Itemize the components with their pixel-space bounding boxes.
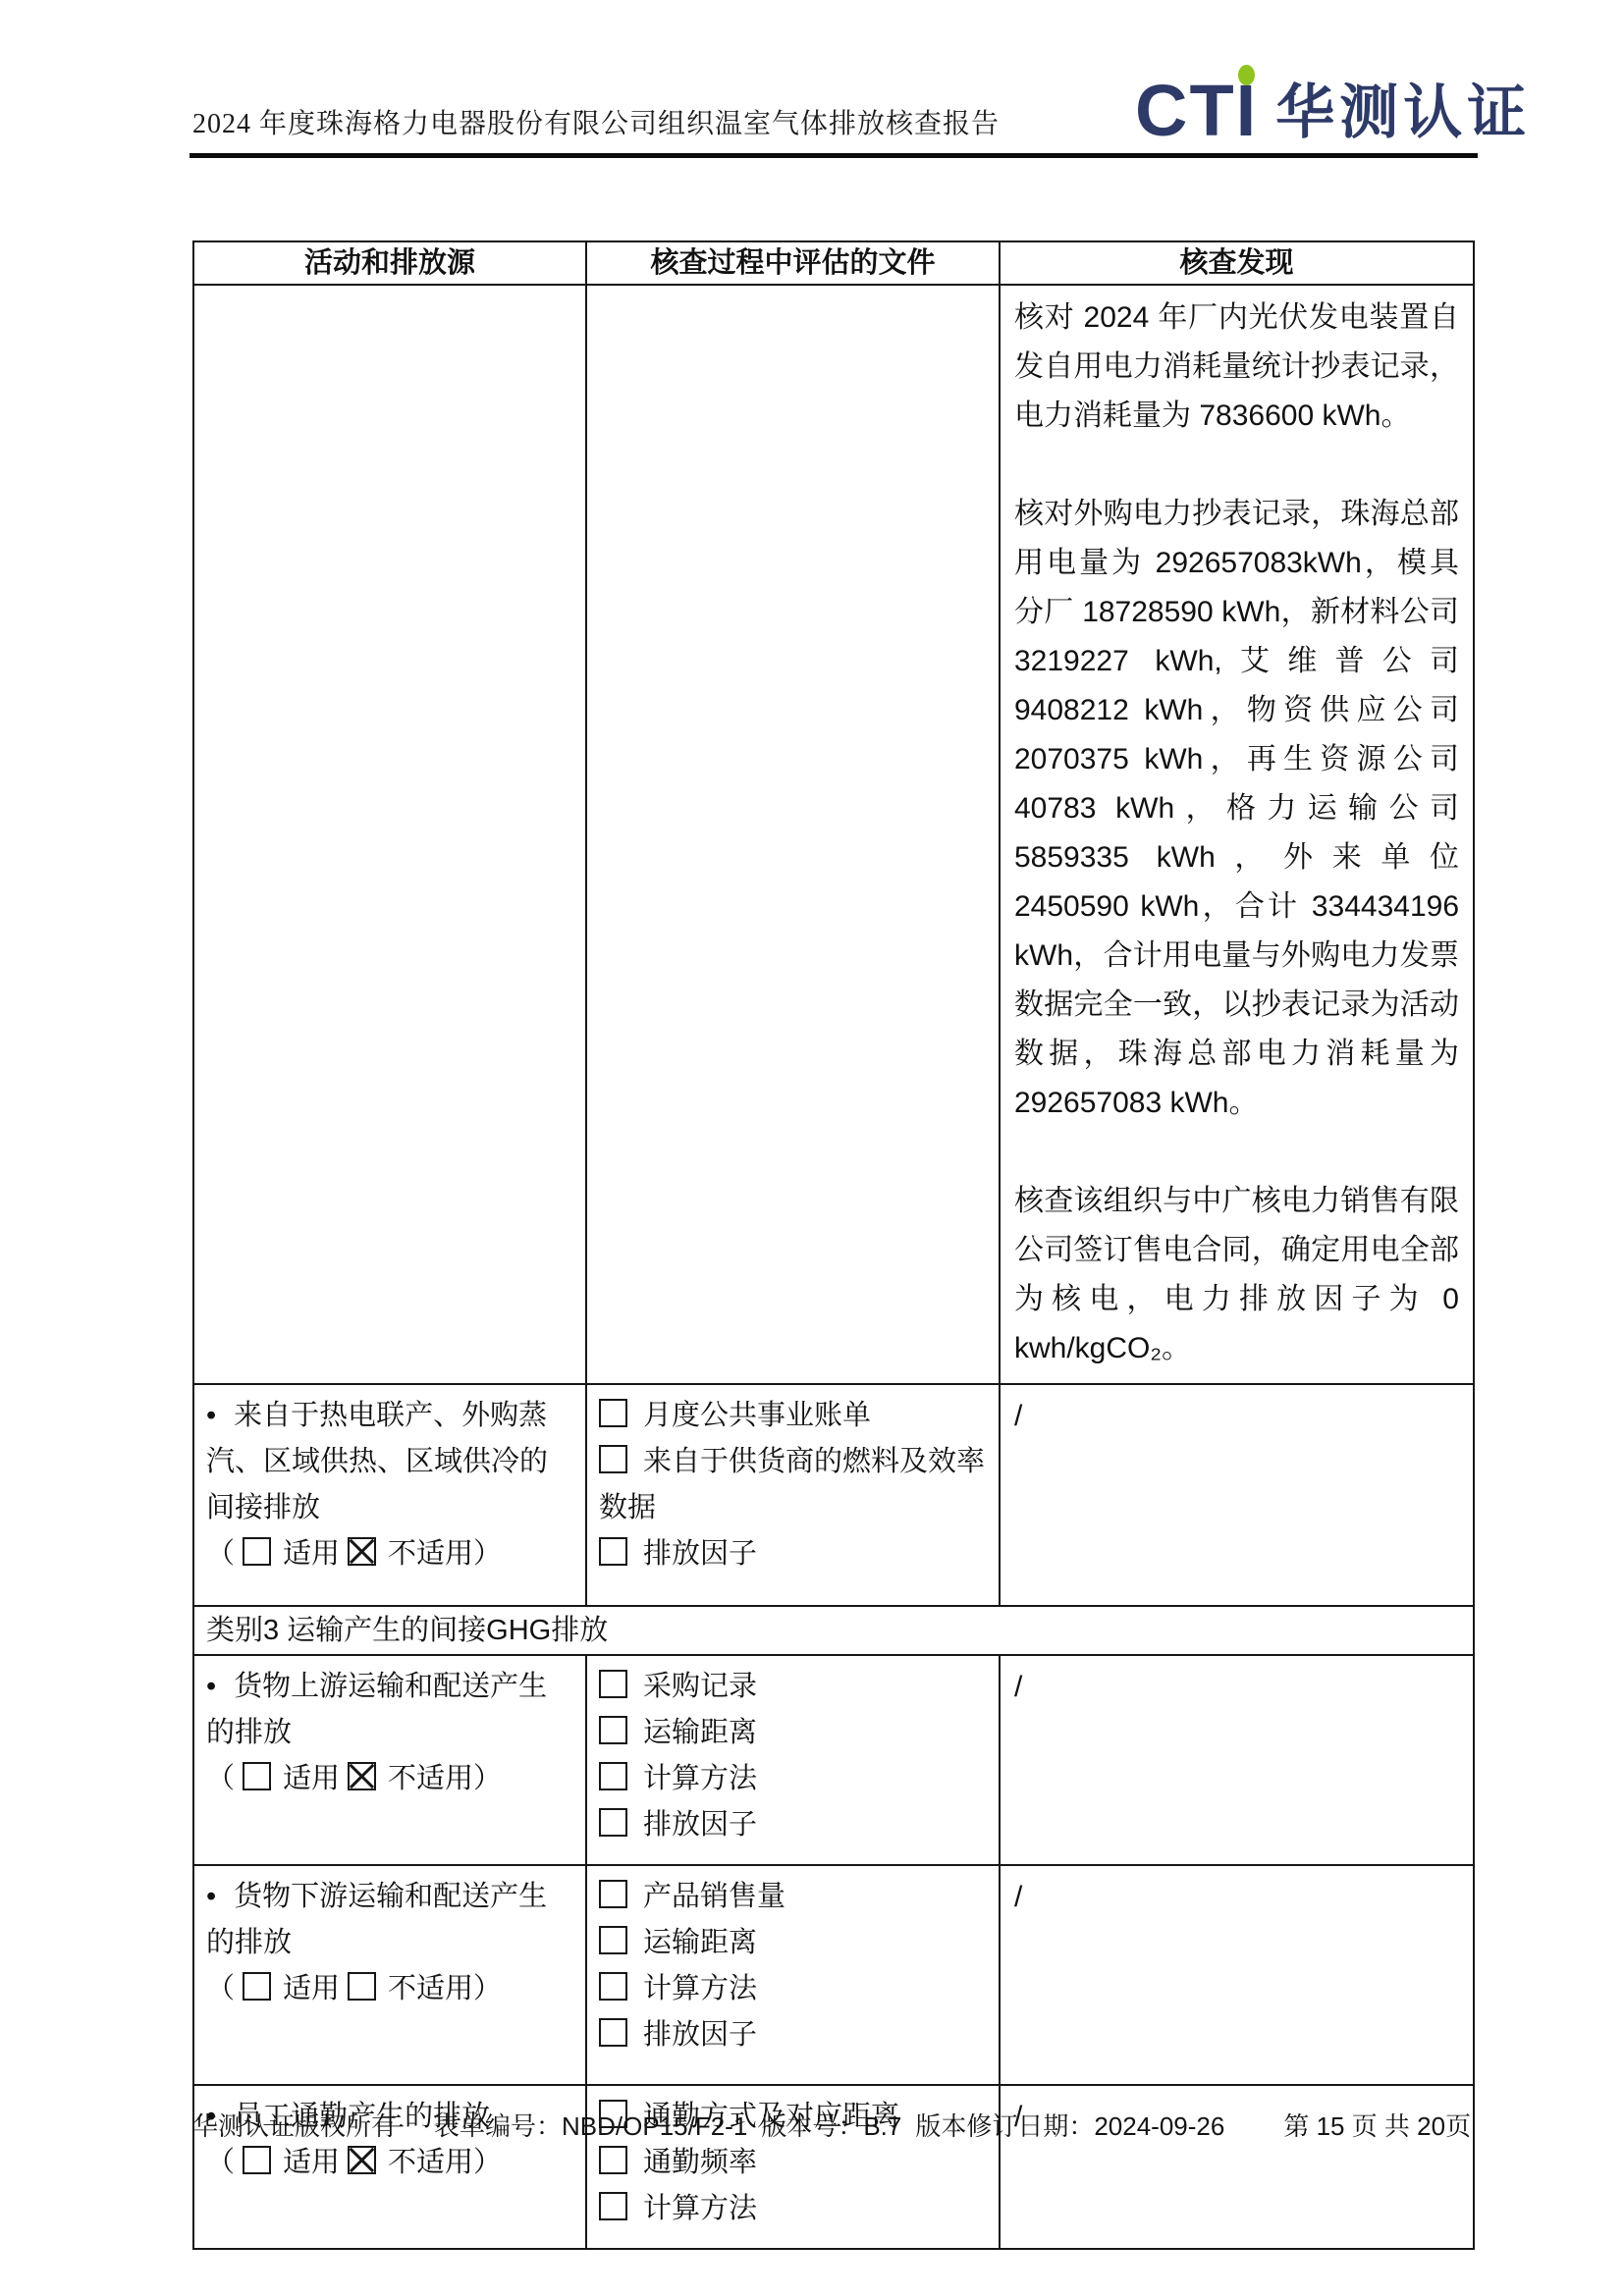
document-item: 排放因子 [599,2012,987,2058]
finding-paragraph: 核对 2024 年厂内光伏发电装置自发自用电力消耗量统计抄表记录，电力消耗量为 … [1014,294,1459,441]
findings-cell: / [1000,1384,1474,1606]
checkbox-unchecked-icon [243,1762,271,1790]
checkbox-checked-icon [348,1762,376,1790]
company-logo: CTI 华测认证 [1135,61,1531,139]
cti-logo-text: CTI [1135,61,1258,139]
applicability-line: （适用不适用） [206,2140,573,2186]
checkbox-unchecked-icon [599,2146,627,2174]
documents-cell-empty [586,285,1000,1384]
checkbox-unchecked-icon [599,1972,627,2001]
document-item: 计算方法 [599,2186,987,2232]
finding-paragraph: 核对外购电力抄表记录，珠海总部用电量为 292657083kWh，模具分厂 18… [1014,490,1459,1128]
findings-cell: / [1000,1865,1474,2085]
checkbox-unchecked-icon [599,2192,627,2220]
checkbox-unchecked-icon [599,1537,627,1566]
document-item: 排放因子 [599,1802,987,1848]
table-row: •货物上游运输和配送产生的排放 （适用不适用） 采购记录 运输距离 计算方法 排… [193,1655,1474,1865]
table-row: 核对 2024 年厂内光伏发电装置自发自用电力消耗量统计抄表记录，电力消耗量为 … [193,285,1474,1384]
document-item: 月度公共事业账单 [599,1393,987,1439]
page: 2024 年度珠海格力电器股份有限公司组织温室气体排放核查报告 CTI 华测认证… [0,0,1624,2296]
checkbox-unchecked-icon [599,1808,627,1837]
document-item: 计算方法 [599,1966,987,2012]
finding-paragraph: 核查该组织与中广核电力销售有限公司签订售电合同，确定用电全部为核电，电力排放因子… [1014,1177,1459,1373]
document-item: 通勤频率 [599,2140,987,2186]
footer-form-number: 表单编号：NBD/OP15/F2-1 [434,2111,747,2141]
document-header: 2024 年度珠海格力电器股份有限公司组织温室气体排放核查报告 CTI 华测认证 [0,0,1624,240]
activity-cell: •来自于热电联产、外购蒸汽、区域供热、区域供冷的间接排放 （适用不适用） [193,1384,586,1606]
checkbox-checked-icon [348,2146,376,2174]
checkbox-unchecked-icon [599,1926,627,1954]
document-item: 运输距离 [599,1920,987,1966]
checkbox-unchecked-icon [599,1445,627,1473]
activity-text: •来自于热电联产、外购蒸汽、区域供热、区域供冷的间接排放 [206,1393,573,1531]
document-item: 排放因子 [599,1531,987,1577]
document-item: 来自于供货商的燃料及效率数据 [599,1439,987,1531]
activity-text: •货物上游运输和配送产生的排放 [206,1664,573,1756]
table-row: •来自于热电联产、外购蒸汽、区域供热、区域供冷的间接排放 （适用不适用） 月度公… [193,1384,1474,1606]
activity-text: •货物下游运输和配送产生的排放 [206,1874,573,1966]
table-header-documents: 核查过程中评估的文件 [586,241,1000,285]
checkbox-unchecked-icon [243,2146,271,2174]
checkbox-unchecked-icon [599,1670,627,1698]
checkbox-unchecked-icon [599,1399,627,1427]
table-header-row: 活动和排放源 核查过程中评估的文件 核查发现 [193,241,1474,285]
header-rule [189,153,1478,158]
verification-table: 活动和排放源 核查过程中评估的文件 核查发现 核对 2024 年厂内光伏发电装置… [192,240,1475,2250]
activity-cell: •货物下游运输和配送产生的排放 （适用不适用） [193,1865,586,2085]
activity-cell-empty [193,285,586,1384]
findings-cell: / [1000,1655,1474,1865]
activity-cell: •货物上游运输和配送产生的排放 （适用不适用） [193,1655,586,1865]
category-row: 类别3 运输产生的间接GHG排放 [193,1606,1474,1655]
documents-cell: 月度公共事业账单 来自于供货商的燃料及效率数据 排放因子 [586,1384,1000,1606]
document-item: 运输距离 [599,1710,987,1756]
checkbox-unchecked-icon [243,1537,271,1566]
table-header-activity: 活动和排放源 [193,241,586,285]
applicability-line: （适用不适用） [206,1756,573,1802]
checkbox-unchecked-icon [599,2018,627,2047]
category-label: 类别3 运输产生的间接GHG排放 [193,1606,1474,1655]
table-header-findings: 核查发现 [1000,241,1474,285]
checkbox-unchecked-icon [348,1972,376,2001]
applicability-line: （适用不适用） [206,1531,573,1577]
applicability-line: （适用不适用） [206,1966,573,2012]
findings-cell: 核对 2024 年厂内光伏发电装置自发自用电力消耗量统计抄表记录，电力消耗量为 … [1000,285,1474,1384]
table-row: •货物下游运输和配送产生的排放 （适用不适用） 产品销售量 运输距离 计算方法 … [193,1865,1474,2085]
checkbox-unchecked-icon [243,1972,271,2001]
document-item: 产品销售量 [599,1874,987,1920]
footer-revision-date: 版本修订日期：2024-09-26 [915,2111,1224,2141]
bullet-icon: • [206,1881,216,1912]
bullet-icon: • [206,1671,216,1702]
footer-page-number: 第 15 页 共 20页 [1283,2111,1471,2141]
document-item: 采购记录 [599,1664,987,1710]
footer-version: 版本号：B.7 [761,2111,901,2141]
page-title: 2024 年度珠海格力电器股份有限公司组织温室气体排放核查报告 [192,102,1000,141]
checkbox-unchecked-icon [599,1762,627,1790]
checkbox-checked-icon [348,1537,376,1566]
page-footer: 华测认证版权所有表单编号：NBD/OP15/F2-1版本号：B.7版本修订日期：… [192,2107,1489,2143]
document-item: 计算方法 [599,1756,987,1802]
checkbox-unchecked-icon [599,1716,627,1744]
logo-cn-text: 华测认证 [1275,85,1531,139]
footer-copyright: 华测认证版权所有 [192,2111,397,2141]
checkbox-unchecked-icon [599,1880,627,1908]
documents-cell: 产品销售量 运输距离 计算方法 排放因子 [586,1865,1000,2085]
documents-cell: 采购记录 运输距离 计算方法 排放因子 [586,1655,1000,1865]
bullet-icon: • [206,1400,216,1431]
